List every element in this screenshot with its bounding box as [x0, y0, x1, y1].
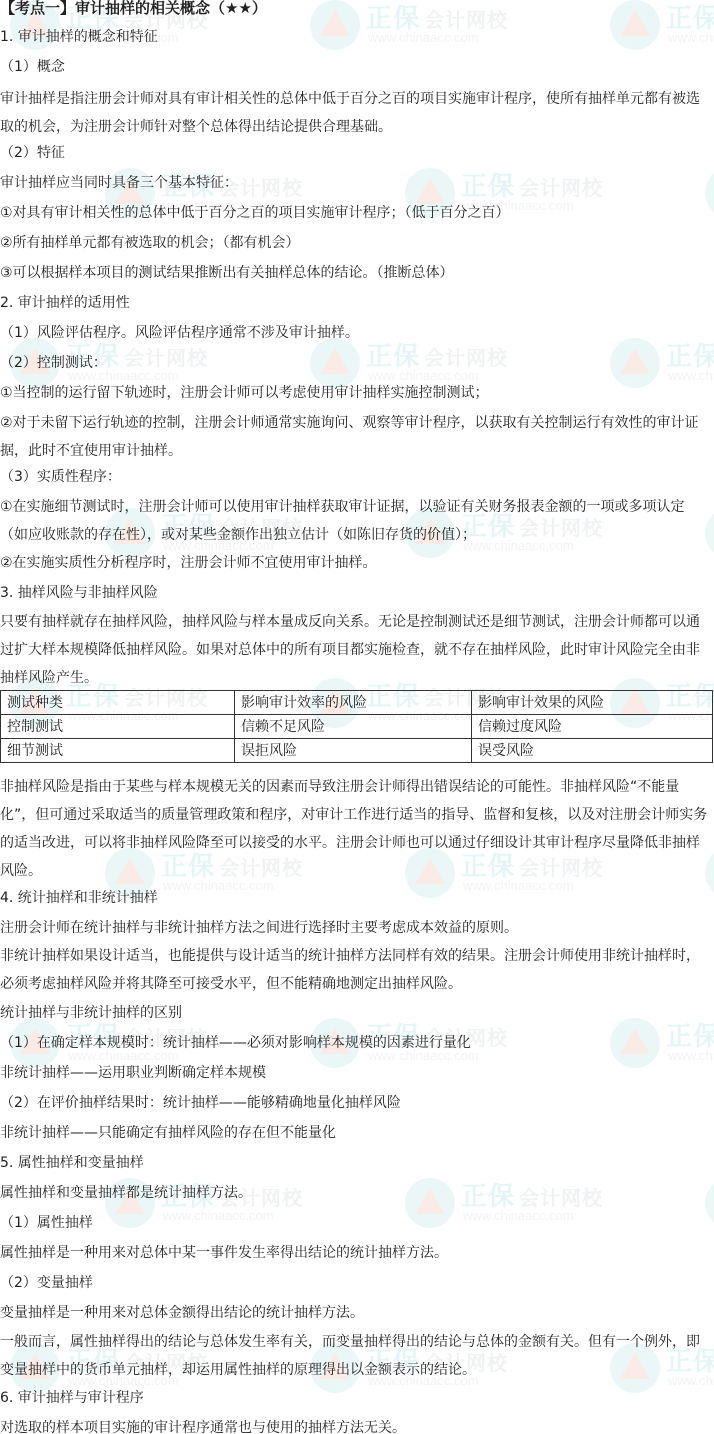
- paragraph: 对选取的样本项目实施的审计程序通常也与使用的抽样方法无关。: [0, 1418, 406, 1434]
- paragraph: 只要有抽样就存在抽样风险，抽样风险与样本量成反向关系。无论是控制测试还是细节测试…: [0, 608, 712, 692]
- risk-table: 测试种类 影响审计效率的风险 影响审计效果的风险 控制测试 信赖不足风险 信赖过…: [0, 690, 713, 763]
- list-item: 非统计抽样——只能确定有抽样风险的存在但不能量化: [0, 1123, 336, 1143]
- table-cell: 细节测试: [1, 739, 235, 763]
- list-item: ②在实施实质性分析程序时，注册会计师不宜使用审计抽样。: [0, 553, 377, 573]
- table-row: 细节测试 误拒风险 误受风险: [1, 739, 713, 763]
- paragraph: 注册会计师在统计抽样与非统计抽样方法之间进行选择时主要考虑成本效益的原则。: [0, 918, 518, 938]
- list-item: （2）在评价抽样结果时：统计抽样——能够精确地量化抽样风险: [0, 1093, 401, 1113]
- table-cell: 误受风险: [472, 739, 713, 763]
- paragraph: 非抽样风险是指由于某些与样本规模无关的因素而导致注册会计师得出错误结论的可能性。…: [0, 773, 712, 885]
- watermark-logo: 正保会计网校www.chinaacc.com: [600, 0, 714, 62]
- list-item: ①对具有审计相关性的总体中低于百分之百的项目实施审计程序；（低于百分之百）: [0, 203, 510, 223]
- section-heading: 1. 审计抽样的概念和特征: [0, 27, 158, 47]
- page-title: 【考点一】审计抽样的相关概念（★★）: [0, 0, 267, 18]
- table-header-cell: 测试种类: [1, 691, 235, 715]
- subsection-heading: （2）控制测试：: [0, 353, 107, 373]
- table-row: 控制测试 信赖不足风险 信赖过度风险: [1, 715, 713, 739]
- list-item: （1）在确定样本规模时：统计抽样——必须对影响样本规模的因素进行量化: [0, 1033, 471, 1053]
- paragraph: 审计抽样是指注册会计师对具有审计相关性的总体中低于百分之百的项目实施审计程序，使…: [0, 85, 712, 141]
- watermark-logo: 正保会计网校www.chinaacc.com: [600, 1010, 714, 1080]
- subsection-heading: （2）变量抽样: [0, 1273, 93, 1293]
- list-item: ①在实施细节测试时，注册会计师可以使用审计抽样获取审计证据，以验证有关财务报表金…: [0, 493, 712, 549]
- list-item: ②所有抽样单元都有被选取的机会；（都有机会）: [0, 233, 300, 253]
- watermark-logo: 正保会计网校www.chinaacc.com: [395, 1170, 615, 1240]
- subsection-heading: （2）特征: [0, 143, 65, 163]
- table-cell: 信赖过度风险: [472, 715, 713, 739]
- watermark-logo: 正保会计网校www.chinaacc.com: [95, 1170, 315, 1240]
- section-heading: 4. 统计抽样和非统计抽样: [0, 888, 158, 908]
- table-header-cell: 影响审计效果的风险: [472, 691, 713, 715]
- watermark-logo: [695, 160, 714, 230]
- table-header-row: 测试种类 影响审计效率的风险 影响审计效果的风险: [1, 691, 713, 715]
- paragraph: 变量抽样是一种用来对总体金额得出结论的统计抽样方法。: [0, 1303, 364, 1323]
- watermark-logo: 正保会计网校www.chinaacc.com: [600, 330, 714, 400]
- list-item: ①当控制的运行留下轨迹时，注册会计师可以考虑使用审计抽样实施控制测试；: [0, 383, 489, 403]
- list-item: 非统计抽样——运用职业判断确定样本规模: [0, 1063, 266, 1083]
- section-heading: 3. 抽样风险与非抽样风险: [0, 583, 158, 603]
- table-cell: 控制测试: [1, 715, 235, 739]
- paragraph: （1）风险评估程序。风险评估程序通常不涉及审计抽样。: [0, 323, 359, 343]
- table-cell: 误拒风险: [235, 739, 472, 763]
- subsection-heading: （1）属性抽样: [0, 1213, 93, 1233]
- subsection-heading: 统计抽样与非统计抽样的区别: [0, 1003, 182, 1023]
- subsection-heading: （1）概念: [0, 57, 65, 77]
- table-header-cell: 影响审计效率的风险: [235, 691, 472, 715]
- paragraph: 非统计抽样如果设计适当，也能提供与设计适当的统计抽样方法同样有效的结果。注册会计…: [0, 942, 712, 998]
- paragraph: 审计抽样应当同时具备三个基本特征：: [0, 173, 238, 193]
- paragraph: 属性抽样和变量抽样都是统计抽样方法。: [0, 1183, 252, 1203]
- section-heading: 2. 审计抽样的适用性: [0, 293, 130, 313]
- section-heading: 6. 审计抽样与审计程序: [0, 1388, 144, 1408]
- list-item: ③可以根据样本项目的测试结果推断出有关抽样总体的结论。（推断总体）: [0, 263, 454, 283]
- table-cell: 信赖不足风险: [235, 715, 472, 739]
- watermark-logo: [695, 1170, 714, 1240]
- watermark-logo: 正保会计网校www.chinaacc.com: [300, 0, 520, 62]
- paragraph: 一般而言，属性抽样得出的结论与总体发生率有关，而变量抽样得出的结论与总体的金额有…: [0, 1328, 712, 1384]
- list-item: ②对于未留下运行轨迹的控制，注册会计师通常实施询问、观察等审计程序，以获取有关控…: [0, 409, 712, 465]
- section-heading: 5. 属性抽样和变量抽样: [0, 1153, 144, 1173]
- subsection-heading: （3）实质性程序：: [0, 467, 121, 487]
- paragraph: 属性抽样是一种用来对总体中某一事件发生率得出结论的统计抽样方法。: [0, 1243, 448, 1263]
